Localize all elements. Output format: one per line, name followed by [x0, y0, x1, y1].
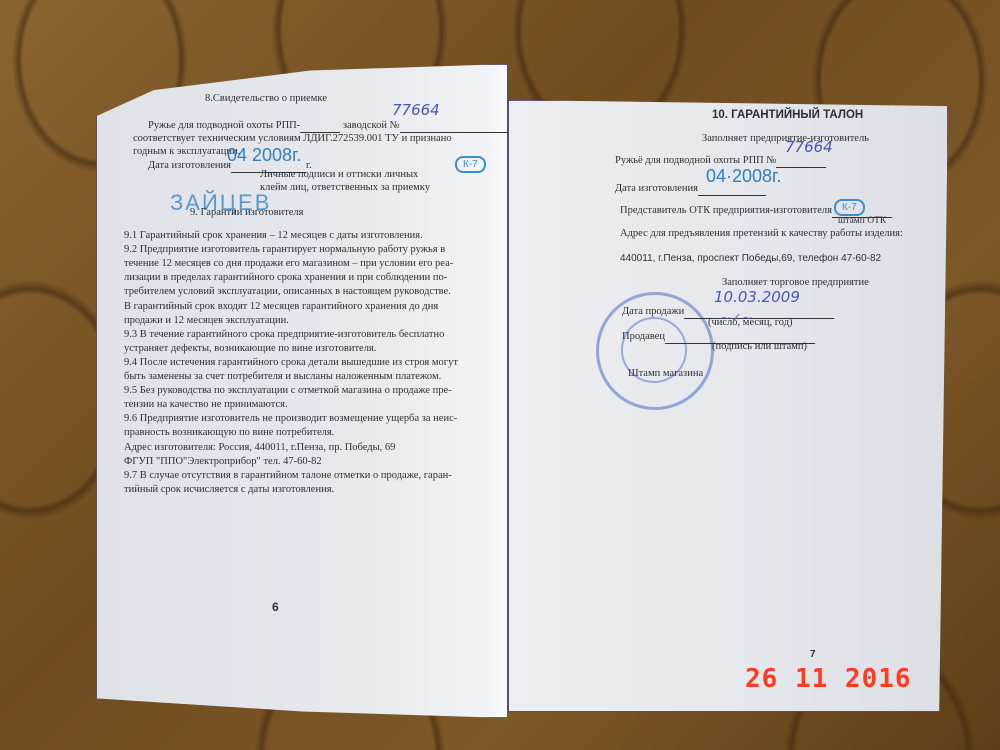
serial-handwritten-right: 77664: [785, 140, 833, 154]
warranty-paragraph-line: тензии на качество не принимаются.: [124, 398, 288, 412]
serial-handwritten-left: 77664: [392, 103, 440, 117]
warranty-paragraph-line: течение 12 месяцев со дня продажи его ма…: [124, 257, 453, 271]
claims-address: 440011, г.Пенза, проспект Победы,69, тел…: [620, 252, 881, 266]
signatures-line-1: Личные подписи и оттиски личных: [260, 168, 418, 182]
warranty-paragraph-line: тийный срок исчисляется с даты изготовле…: [124, 483, 334, 497]
warranty-paragraph-line: В гарантийный срок входят 12 месяцев гар…: [124, 300, 438, 314]
signatures-line-2: клейм лиц, ответственных за приемку: [260, 181, 430, 195]
k7-stamp-left: К-7: [455, 156, 486, 173]
sale-date-handwritten: 10.03.2009: [714, 290, 800, 304]
otk-stamp-caption: штамп ОТК: [838, 214, 886, 228]
warranty-paragraph-line: 9.7 В случае отсутствия в гарантийном та…: [124, 469, 452, 483]
serial-label: заводской №: [343, 120, 400, 131]
acceptance-line-1: Ружье для подводной охоты РПП- заводской…: [148, 119, 510, 133]
warranty-paragraph-line: 9.3 В течение гарантийного срока предпри…: [124, 328, 444, 342]
warranty-paragraph-line: 9.4 После истечения гарантийного срока д…: [124, 356, 458, 370]
warranty-paragraph-line: лизации в пределах гарантийного срока хр…: [124, 271, 447, 285]
gun-label: Ружье для подводной охоты РПП-: [148, 120, 300, 131]
warranty-paragraph-line: 9.5 Без руководства по эксплуатации с от…: [124, 384, 452, 398]
seller-signature: ~✓~: [720, 312, 753, 326]
warranty-paragraph-line: ФГУП "ППО"Электроприбор" тел. 47-60-82: [124, 455, 322, 469]
manufacture-date-right: Дата изготовления: [615, 182, 766, 196]
page-number-right: 7: [810, 648, 816, 662]
warranty-paragraph-line: 9.6 Предприятие изготовитель не производ…: [124, 412, 457, 426]
warranty-paragraph-line: продажи и 12 месяцев эксплуатации.: [124, 314, 289, 328]
seller-caption: (подпись или штамп): [712, 340, 807, 354]
manufacture-stamp-right: 04·2008г.: [706, 169, 781, 183]
acceptance-line-2: соответствует техническим условиям ЛДИГ.…: [133, 132, 452, 146]
camera-date-stamp: 26 11 2016: [745, 664, 912, 694]
warranty-card-title: 10. ГАРАНТИЙНЫЙ ТАЛОН: [712, 108, 863, 122]
warranty-paragraph-line: устраняет дефекты, возникающие по вине и…: [124, 342, 376, 356]
warranty-paragraph-line: требителем условий эксплуатации, описанн…: [124, 285, 451, 299]
warranty-paragraph-line: правность возникающую по вине потребител…: [124, 426, 334, 440]
warranty-paragraph-line: Адрес изготовителя: Россия, 440011, г.Пе…: [124, 441, 395, 455]
claims-address-label: Адрес для предъявления претензий к качес…: [620, 227, 903, 241]
shop-stamp-label: Штамп магазина: [628, 367, 703, 381]
warranty-paragraph-line: 9.2 Предприятие изготовитель гарантирует…: [124, 243, 445, 257]
warranty-paragraph-line: быть заменены за счет потребителя и высл…: [124, 370, 441, 384]
section9-title: 9. Гарантии изготовителя: [190, 206, 303, 220]
acceptance-line-3: годным к эксплуатации.: [133, 145, 240, 159]
section8-title: 8.Свидетельство о приемке: [205, 92, 327, 106]
manufacture-stamp-left: 04 2008г.: [227, 148, 301, 162]
page-number-left: 6: [272, 600, 279, 614]
warranty-paragraph-line: 9.1 Гарантийный срок хранения – 12 месяц…: [124, 229, 423, 243]
